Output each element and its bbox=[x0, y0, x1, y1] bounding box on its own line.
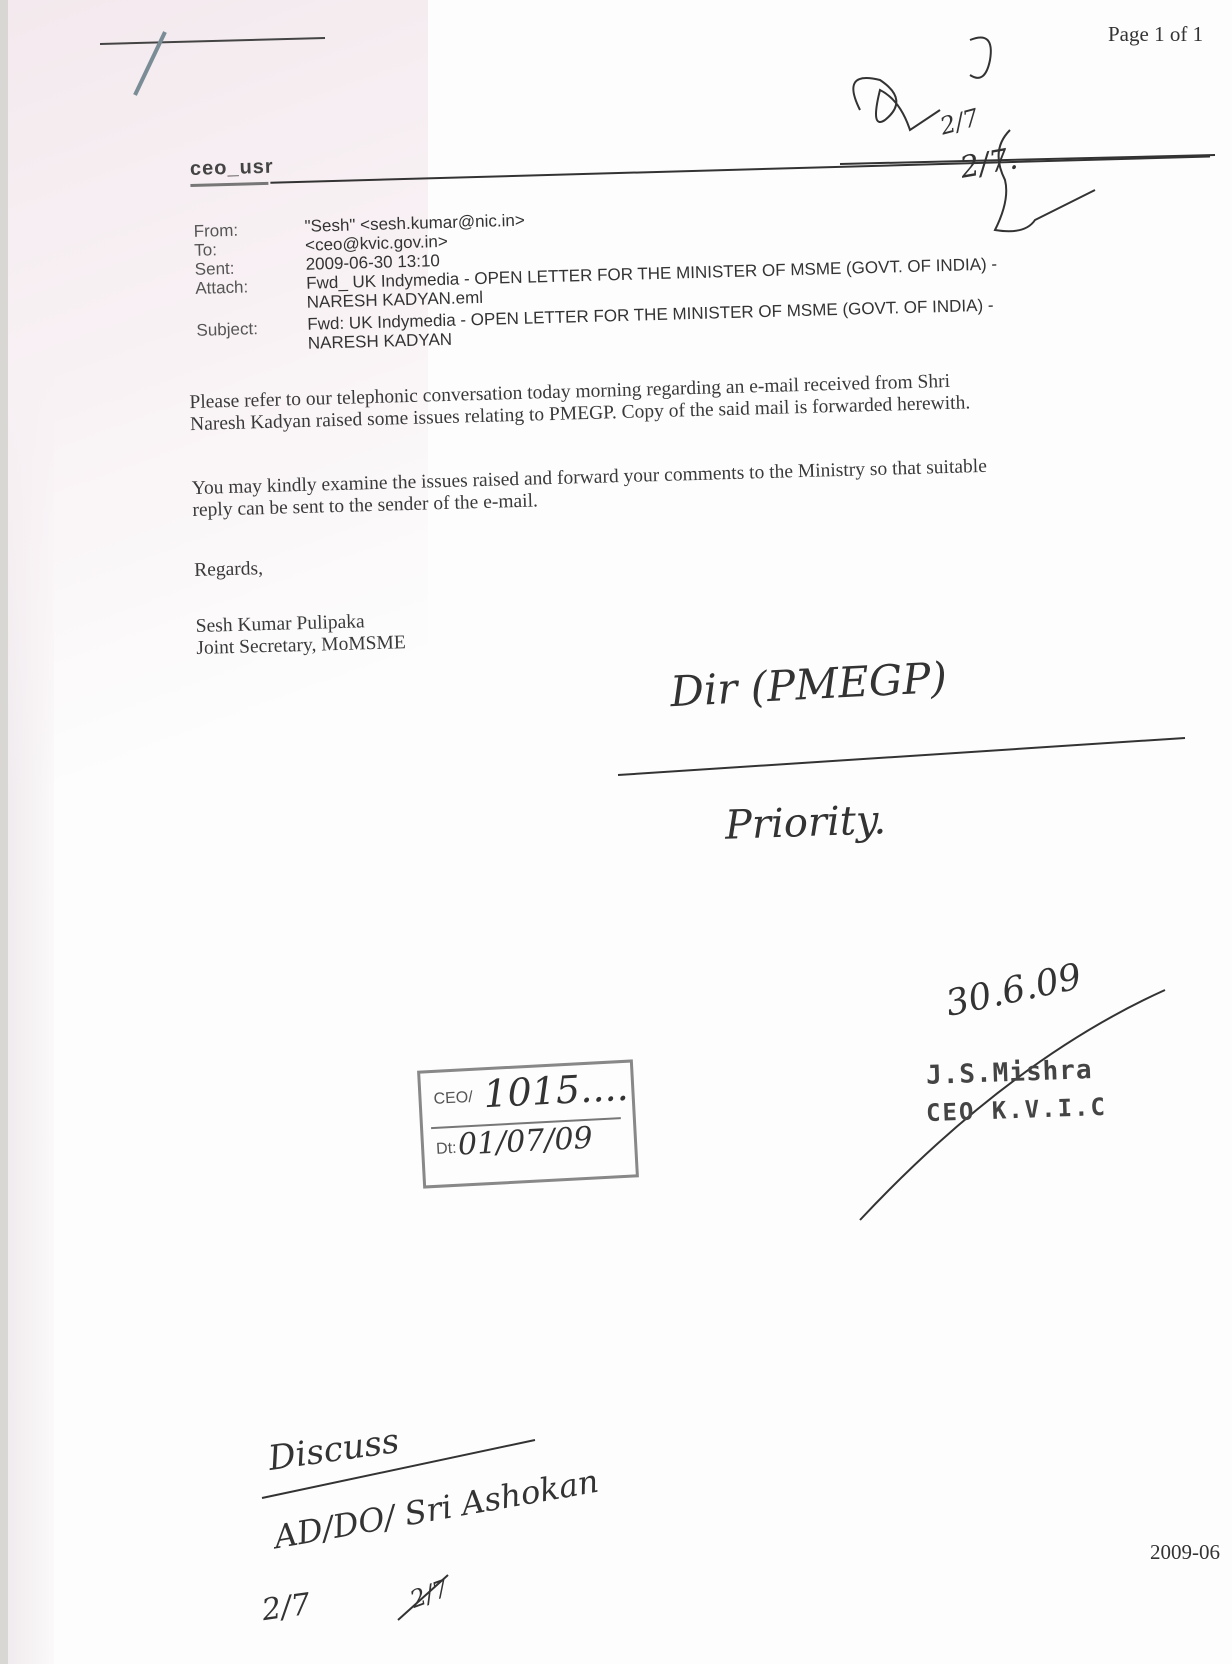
body-line: You may kindly examine the issues raised… bbox=[192, 456, 988, 500]
inward-stamp: CEO/ 1015.... Dt: 01/07/09 bbox=[417, 1059, 639, 1188]
mailbox-underline bbox=[190, 182, 268, 187]
stamp-ceo-number: 1015.... bbox=[482, 1065, 629, 1117]
footer-date: 2009-06 bbox=[1150, 1540, 1220, 1565]
note-priority: Priority. bbox=[724, 797, 886, 849]
stamp-date-label: Dt: bbox=[436, 1140, 457, 1159]
subject-value-cont: NARESH KADYAN bbox=[308, 330, 453, 354]
stamp-ceo-label: CEO/ bbox=[433, 1089, 473, 1109]
closing: Regards, bbox=[194, 558, 263, 582]
signatory-name: J.S.Mishra bbox=[926, 1055, 1093, 1091]
mailbox-name: ceo_usr bbox=[190, 156, 274, 181]
note-date-1: 2/7 bbox=[260, 1587, 313, 1628]
email-printout: ceo_usr From: "Sesh" <sesh.kumar@nic.in>… bbox=[0, 0, 1232, 1664]
attach-label: Attach: bbox=[195, 277, 248, 298]
attach-value-cont: NARESH KADYAN.eml bbox=[306, 288, 483, 313]
header-rule bbox=[270, 156, 1210, 184]
stamp-date-value: 01/07/09 bbox=[457, 1121, 593, 1163]
to-label: To: bbox=[194, 240, 217, 261]
from-label: From: bbox=[193, 221, 238, 242]
subject-label: Subject: bbox=[196, 319, 258, 341]
sender-title: Joint Secretary, MoMSME bbox=[196, 632, 406, 660]
sent-label: Sent: bbox=[195, 259, 235, 280]
